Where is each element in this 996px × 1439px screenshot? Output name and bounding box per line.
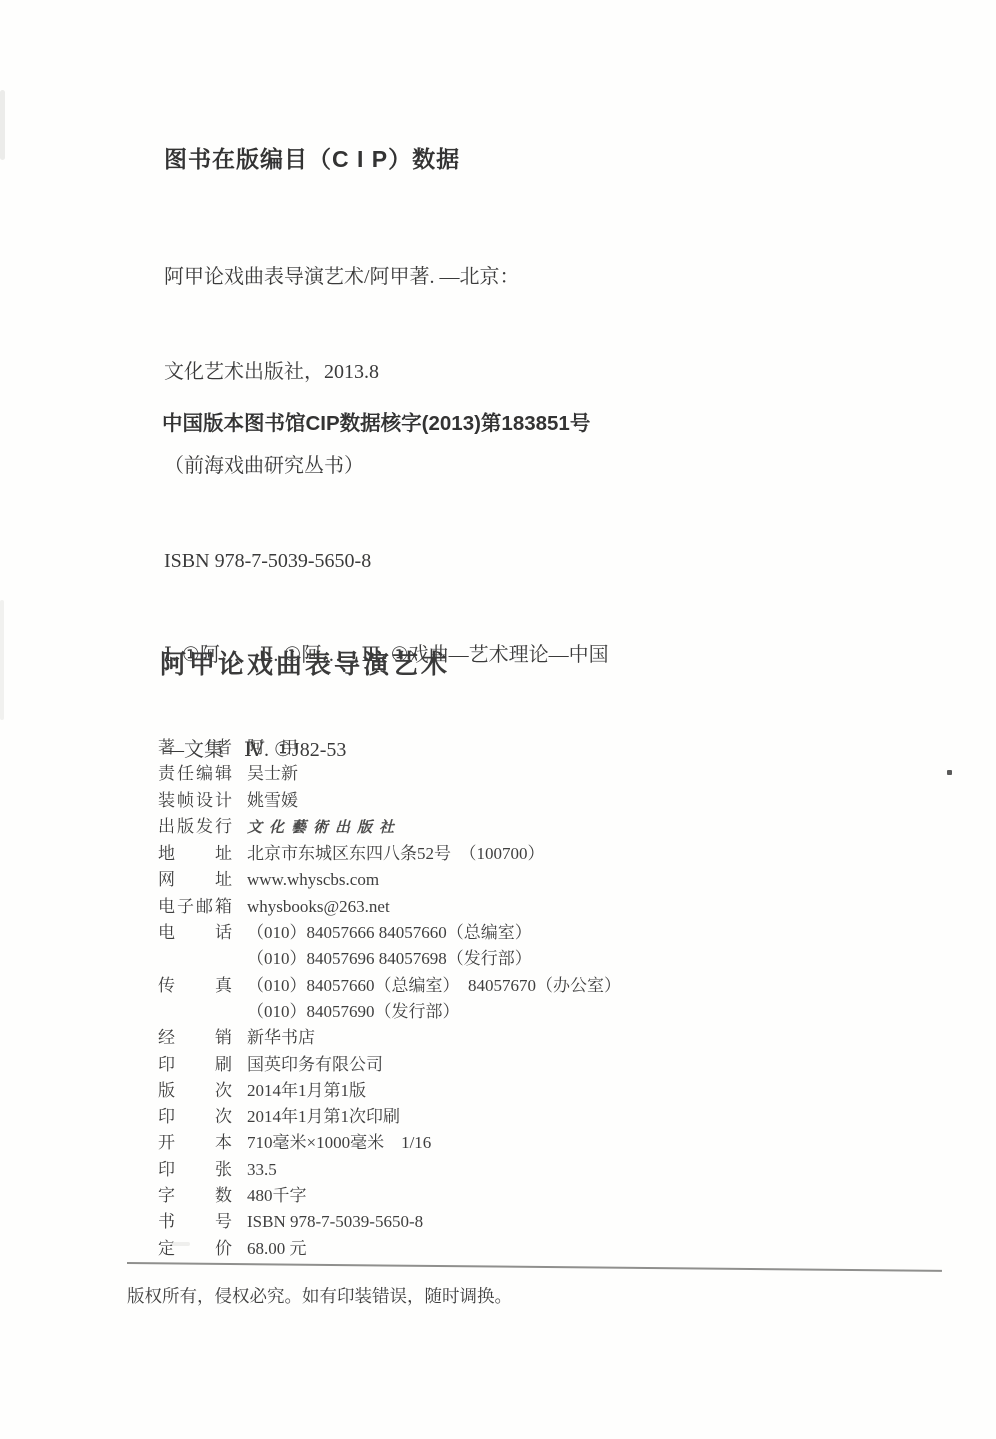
colophon-row-isbn: 书号 ISBN 978-7-5039-5650-8: [158, 1209, 621, 1235]
colophon-value: 68.00 元: [247, 1236, 307, 1262]
colophon-value: 710毫米×1000毫米 1/16: [247, 1130, 431, 1156]
colophon-row-fax-1: 传真 （010）84057660（总编室） 84057670（办公室）: [158, 973, 621, 999]
colophon-value: 2014年1月第1版: [247, 1078, 366, 1104]
colophon-label: 开本: [158, 1130, 232, 1156]
colophon-value: （010）84057666 84057660（总编室）: [247, 920, 532, 946]
colophon-row-address: 地址 北京市东城区东四八条52号 （100700）: [158, 841, 621, 867]
colophon-value: whysbooks@263.net: [247, 894, 390, 920]
colophon-label: 电子邮箱: [158, 894, 232, 920]
colophon-label: 装帧设计: [158, 788, 232, 814]
colophon-row-email: 电子邮箱 whysbooks@263.net: [158, 894, 621, 920]
footer-divider-line: [127, 1262, 942, 1272]
colophon-value: （010）84057696 84057698（发行部）: [247, 946, 532, 972]
colophon-row-fax-2: （010）84057690（发行部）: [158, 999, 621, 1025]
book-title: 阿甲论戏曲表导演艺术: [160, 644, 450, 681]
colophon-value: 2014年1月第1次印刷: [247, 1104, 400, 1130]
cip-line-title-author: 阿甲论戏曲表导演艺术/阿甲著. —北京：: [164, 262, 609, 294]
colophon-row-printer: 印刷 国英印务有限公司: [158, 1052, 621, 1078]
colophon-row-editor: 责任编辑 吴士新: [158, 761, 621, 787]
colophon-value: ISBN 978-7-5039-5650-8: [247, 1209, 423, 1235]
colophon-value: www.whyscbs.com: [247, 867, 379, 893]
colophon-label: 传真: [158, 973, 232, 999]
scan-artifact: [172, 1242, 190, 1246]
colophon-value: 姚雪媛: [247, 788, 298, 814]
colophon-value: （010）84057660（总编室） 84057670（办公室）: [247, 973, 621, 999]
colophon-label: 经销: [158, 1025, 232, 1051]
colophon-row-website: 网址 www.whyscbs.com: [158, 867, 621, 893]
scan-artifact: [0, 600, 4, 720]
colophon-value: 33.5: [247, 1157, 277, 1183]
colophon-label: 书号: [158, 1209, 232, 1235]
cip-header: 图书在版编目（C I P）数据: [164, 141, 460, 174]
colophon-list: 著者 阿 甲 责任编辑 吴士新 装帧设计 姚雪媛 出版发行 文化藝術出版社 地址…: [158, 735, 621, 1262]
colophon-value: 北京市东城区东四八条52号 （100700）: [247, 841, 545, 867]
colophon-label: 地址: [158, 841, 232, 867]
colophon-value: （010）84057690（发行部）: [247, 999, 460, 1025]
colophon-label: 出版发行: [158, 814, 232, 840]
colophon-row-designer: 装帧设计 姚雪媛: [158, 788, 621, 814]
colophon-row-sheets: 印张 33.5: [158, 1157, 621, 1183]
colophon-row-publisher: 出版发行 文化藝術出版社: [158, 814, 621, 841]
cip-line-publisher-date: 文化艺术出版社，2013.8: [164, 357, 609, 389]
colophon-value: 新华书店: [247, 1025, 315, 1051]
cip-record-number: 中国版本图书馆CIP数据核字(2013)第183851号: [162, 406, 590, 436]
colophon-label: 电话: [158, 920, 232, 946]
colophon-label: 印次: [158, 1104, 232, 1130]
colophon-row-distributor: 经销 新华书店: [158, 1025, 621, 1051]
colophon-label: 著者: [158, 735, 232, 761]
colophon-row-author: 著者 阿 甲: [158, 735, 621, 761]
colophon-row-price: 定价 68.00 元: [158, 1236, 621, 1262]
colophon-label: 定价: [158, 1236, 232, 1262]
cip-line-series: （前海戏曲研究丛书）: [164, 451, 609, 483]
colophon-row-format: 开本 710毫米×1000毫米 1/16: [158, 1130, 621, 1156]
colophon-row-edition: 版次 2014年1月第1版: [158, 1078, 621, 1104]
colophon-label: 责任编辑: [158, 761, 232, 787]
colophon-label: 版次: [158, 1078, 232, 1104]
colophon-row-phone-1: 电话 （010）84057666 84057660（总编室）: [158, 920, 621, 946]
colophon-label: 印刷: [158, 1052, 232, 1078]
colophon-value: 480千字: [247, 1183, 307, 1209]
colophon-value: 阿 甲: [247, 735, 298, 761]
copyright-notice: 版权所有，侵权必究。如有印装错误，随时调换。: [127, 1283, 512, 1308]
colophon-row-wordcount: 字数 480千字: [158, 1183, 621, 1209]
copyright-page: 图书在版编目（C I P）数据 阿甲论戏曲表导演艺术/阿甲著. —北京： 文化艺…: [0, 0, 996, 1439]
cip-line-isbn: ISBN 978-7-5039-5650-8: [164, 546, 609, 578]
colophon-label: 字数: [158, 1183, 232, 1209]
colophon-value: 吴士新: [247, 761, 298, 787]
colophon-row-phone-2: （010）84057696 84057698（发行部）: [158, 946, 621, 972]
publisher-logo: 文化藝術出版社: [247, 815, 401, 841]
colophon-row-impression: 印次 2014年1月第1次印刷: [158, 1104, 621, 1130]
colophon-value: 国英印务有限公司: [247, 1052, 383, 1078]
colophon-label: 印张: [158, 1157, 232, 1183]
colophon-label: 网址: [158, 867, 232, 893]
scan-dust-speck: [947, 770, 952, 775]
scan-artifact: [0, 90, 5, 160]
